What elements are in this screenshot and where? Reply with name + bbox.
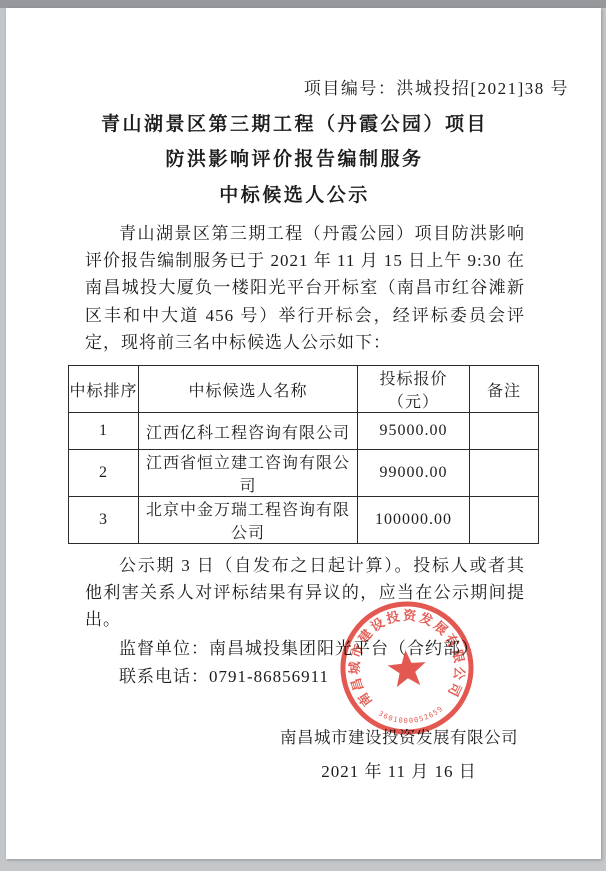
cell-candidate-name: 江西省恒立建工咨询有限公司 [139, 450, 358, 497]
table-row: 2 江西省恒立建工咨询有限公司 99000.00 [69, 450, 539, 497]
contact-phone-line: 联系电话：0791-86856911 [85, 663, 525, 690]
title-block: 青山湖景区第三期工程（丹霞公园）项目 防洪影响评价报告编制服务 中标候选人公示 [6, 109, 601, 207]
document-title-line1: 青山湖景区第三期工程（丹霞公园）项目 [6, 109, 583, 136]
signature-block: 南昌城市建设投资发展有限公司 2021 年 11 月 16 日 [279, 724, 519, 782]
cell-bid-price: 99000.00 [358, 450, 470, 497]
bid-candidates-table: 中标排序 中标候选人名称 投标报价（元） 备注 1 江西亿科工程咨询有限公司 9… [68, 365, 539, 544]
table-row: 3 北京中金万瑞工程咨询有限公司 100000.00 [69, 497, 539, 544]
table-header-row: 中标排序 中标候选人名称 投标报价（元） 备注 [69, 366, 539, 413]
cell-note [470, 497, 539, 544]
supervisor-line: 监督单位：南昌城投集团阳光平台（合约部） [85, 635, 525, 662]
document-page: 项目编号：洪城投招[2021]38 号 青山湖景区第三期工程（丹霞公园）项目 防… [6, 8, 601, 859]
signature-date: 2021 年 11 月 16 日 [279, 757, 519, 782]
opening-paragraph: 青山湖景区第三期工程（丹霞公园）项目防洪影响评价报告编制服务已于 2021 年 … [85, 220, 525, 356]
header-bid-price: 投标报价（元） [358, 366, 470, 413]
cell-bid-price: 95000.00 [358, 413, 470, 450]
publicity-period-paragraph: 公示期 3 日（自发布之日起计算）。投标人或者其他利害关系人对评标结果有异议的，… [85, 552, 525, 634]
header-candidate-name: 中标候选人名称 [139, 366, 358, 413]
project-number: 项目编号：洪城投招[2021]38 号 [6, 74, 601, 99]
cell-candidate-name: 北京中金万瑞工程咨询有限公司 [139, 497, 358, 544]
cell-rank: 2 [69, 450, 139, 497]
cell-note [470, 450, 539, 497]
header-rank: 中标排序 [69, 366, 139, 413]
cell-candidate-name: 江西亿科工程咨询有限公司 [139, 413, 358, 450]
scan-edge-top [0, 0, 606, 8]
document-title-line3: 中标候选人公示 [6, 180, 583, 207]
cell-note [470, 413, 539, 450]
cell-rank: 1 [69, 413, 139, 450]
signature-company: 南昌城市建设投资发展有限公司 [279, 724, 519, 748]
cell-rank: 3 [69, 497, 139, 544]
table-row: 1 江西亿科工程咨询有限公司 95000.00 [69, 413, 539, 450]
cell-bid-price: 100000.00 [358, 497, 470, 544]
document-title-line2: 防洪影响评价报告编制服务 [6, 144, 583, 171]
header-note: 备注 [470, 366, 539, 413]
